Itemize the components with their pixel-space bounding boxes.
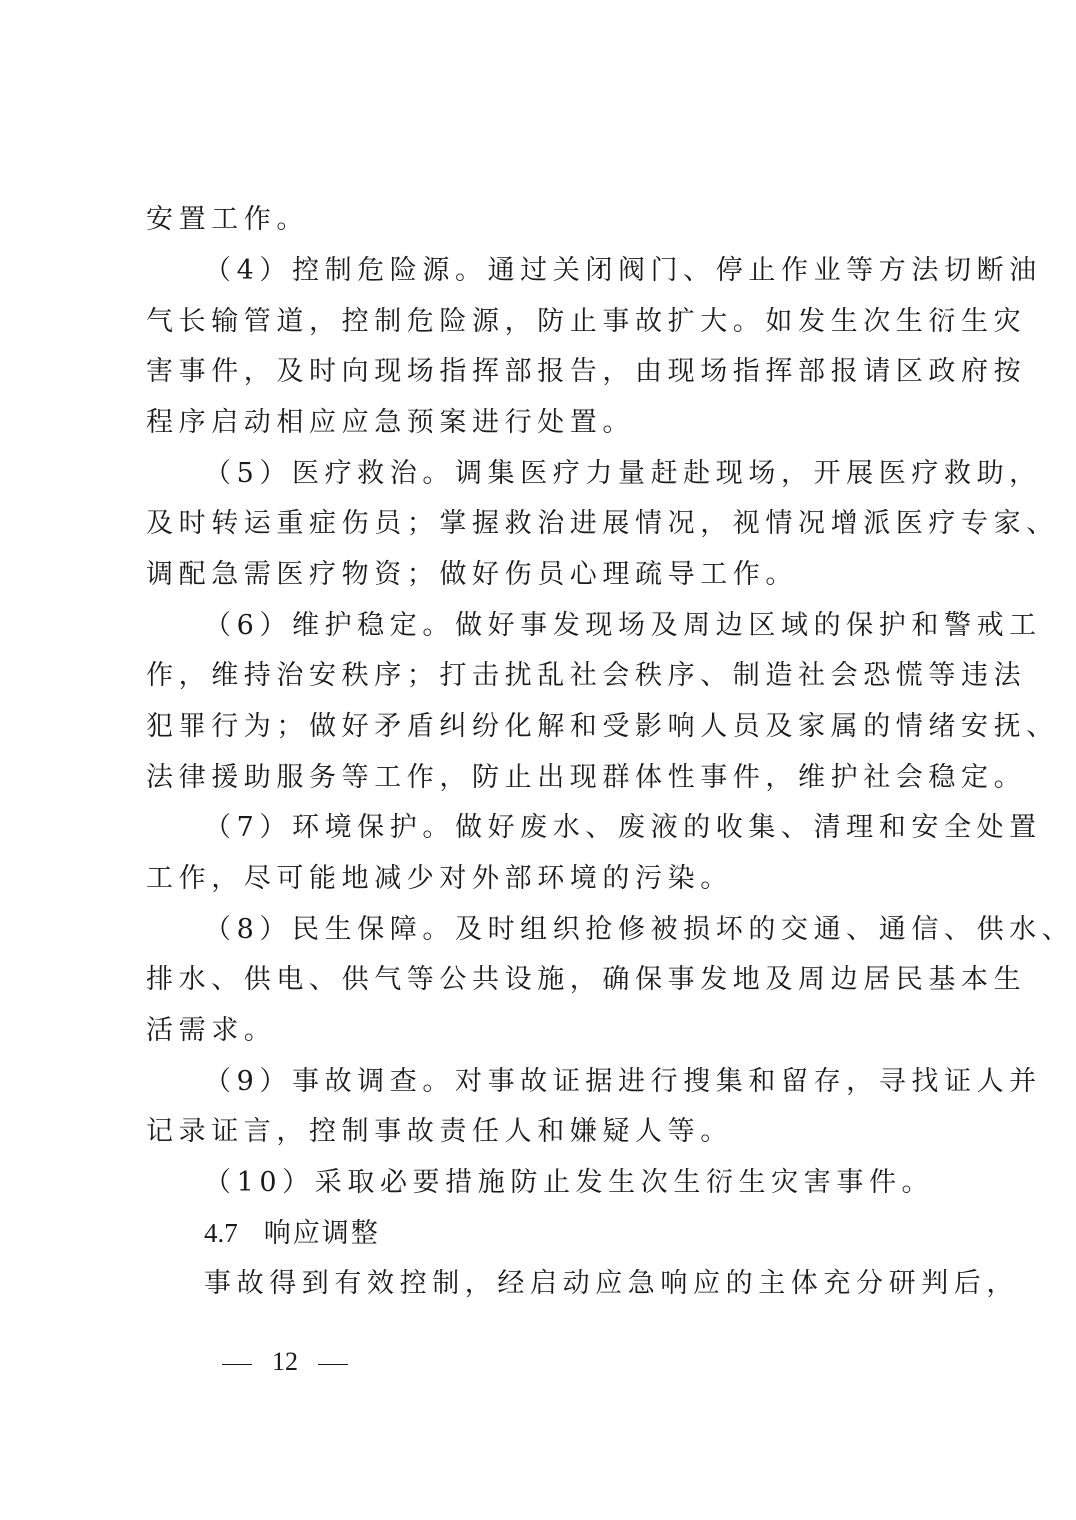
document-page: 安置工作。 （4）控制危险源。通过关闭阀门、停止作业等方法切断油 气长输管道，控… <box>0 0 1076 1520</box>
item-9-line-1: （9）事故调查。对事故证据进行搜集和留存，寻找证人并 <box>204 1065 1042 1099</box>
item-4-line-4: 程序启动相应应急预案进行处置。 <box>146 406 635 440</box>
paragraph-line: 安置工作。 <box>146 203 309 237</box>
item-4-line-1: （4）控制危险源。通过关闭阀门、停止作业等方法切断油 <box>204 254 1042 288</box>
dash-right <box>318 1364 348 1365</box>
item-6-line-3: 犯罪行为；做好矛盾纠纷化解和受影响人员及家属的情绪安抚、 <box>146 710 1059 744</box>
section-title: 响应调整 <box>264 1218 380 1249</box>
item-7-line-1: （7）环境保护。做好废水、废液的收集、清理和安全处置 <box>204 811 1042 845</box>
item-6-line-1: （6）维护稳定。做好事发现场及周边区域的保护和警戒工 <box>204 609 1042 643</box>
closing-paragraph-line: 事故得到有效控制，经启动应急响应的主体充分研判后， <box>204 1267 1019 1301</box>
item-7-line-2: 工作，尽可能地减少对外部环境的污染。 <box>146 862 733 896</box>
section-number: 4.7 <box>204 1218 238 1248</box>
item-9-line-2: 记录证言，控制事故责任人和嫌疑人等。 <box>146 1115 733 1149</box>
item-5-line-1: （5）医疗救治。调集医疗力量赶赴现场，开展医疗救助， <box>204 457 1042 491</box>
item-10-line-1: （10）采取必要措施防止发生次生衍生灾害事件。 <box>204 1166 934 1200</box>
item-5-line-2: 及时转运重症伤员；掌握救治进展情况，视情况增派医疗专家、 <box>146 507 1059 541</box>
item-4-line-2: 气长输管道，控制危险源，防止事故扩大。如发生次生衍生灾 <box>146 305 1026 339</box>
item-5-line-3: 调配急需医疗物资；做好伤员心理疏导工作。 <box>146 558 798 592</box>
item-8-line-1: （8）民生保障。及时组织抢修被损坏的交通、通信、供水、 <box>204 913 1074 947</box>
item-4-line-3: 害事件，及时向现场指挥部报告，由现场指挥部报请区政府按 <box>146 355 1026 389</box>
page-footer: 12 <box>222 1345 348 1379</box>
page-number: 12 <box>272 1347 298 1376</box>
item-8-line-2: 排水、供电、供气等公共设施，确保事发地及周边居民基本生 <box>146 963 1026 997</box>
item-8-line-3: 活需求。 <box>146 1014 276 1048</box>
dash-left <box>222 1364 252 1365</box>
section-heading: 4.7响应调整 <box>204 1216 380 1251</box>
item-6-line-4: 法律援助服务等工作，防止出现群体性事件，维护社会稳定。 <box>146 761 1026 795</box>
item-6-line-2: 作，维持治安秩序；打击扰乱社会秩序、制造社会恐慌等违法 <box>146 659 1026 693</box>
